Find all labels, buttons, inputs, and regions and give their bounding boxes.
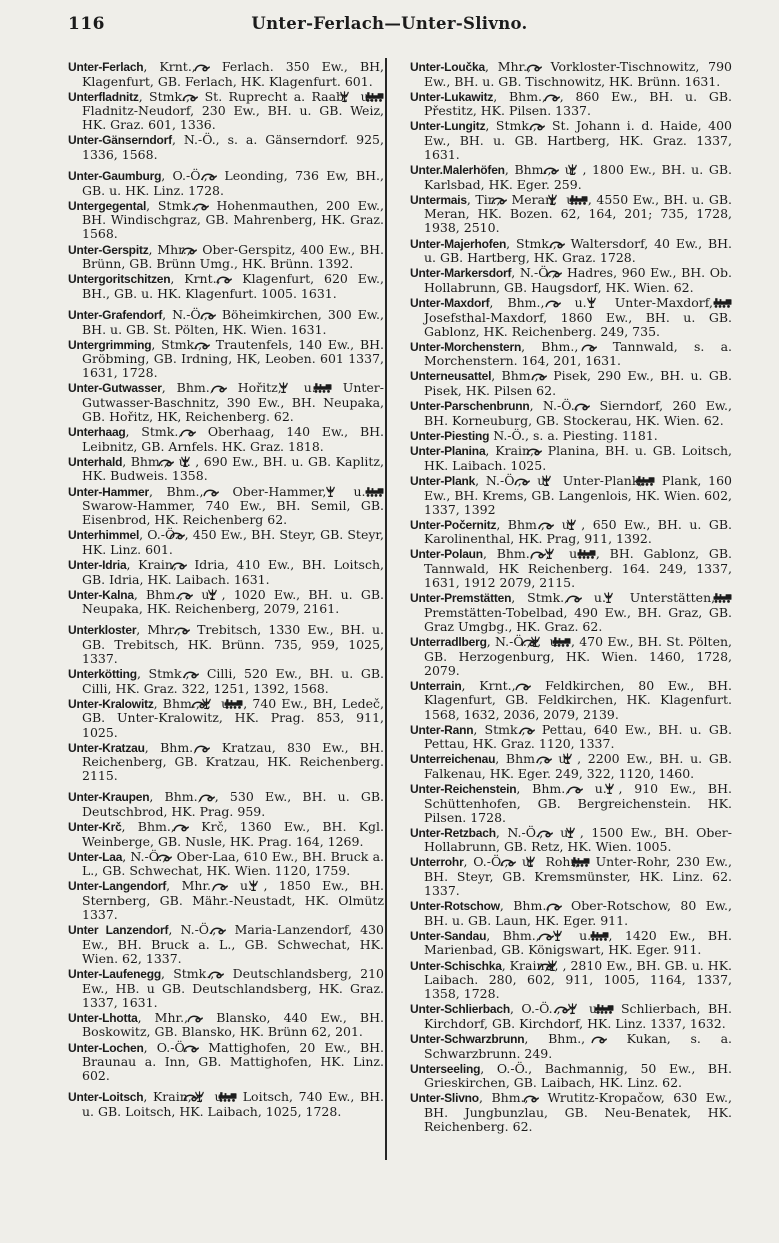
post-horn-icon — [529, 679, 531, 693]
page-header: 116 Unter-Ferlach—Unter-Slivno. — [0, 0, 779, 60]
directory-entry: Unter-Grafendorf, N.-Ö., Böheimkirchen, … — [68, 308, 384, 337]
directory-entry: Unter-Gerspitz, Mhr., Ober-Gerspitz, 400… — [68, 243, 384, 272]
directory-entry: Unter-Kalna, Bhm., u. , 1020 Ew., BH. u.… — [68, 588, 384, 617]
directory-entry: Unter-Polaun, Bhm., , u. , BH. Gablonz, … — [410, 547, 732, 590]
entry-headword: Unter-Rann — [410, 723, 473, 737]
railway-icon — [583, 193, 588, 207]
post-horn-icon — [545, 369, 547, 383]
directory-entry: Unter-Majerhofen, Stmk., Waltersdorf, 40… — [410, 237, 732, 266]
directory-entry: Unter-Parschenbrunn, N.-Ö., Sierndorf, 2… — [410, 399, 732, 428]
post-horn-icon — [540, 60, 542, 74]
post-horn-icon — [505, 193, 507, 207]
post-horn-icon — [185, 558, 187, 572]
post-horn-icon — [588, 399, 590, 413]
post-horn-icon — [188, 623, 190, 637]
entry-headword: Unter-Kraupen — [68, 790, 149, 804]
entry-headword: Unter-Gutwasser — [68, 381, 162, 395]
railway-icon — [604, 929, 609, 943]
entry-headword: Unter-Gänserndorf — [68, 133, 172, 147]
entry-headword: Unter-Majerhofen — [410, 237, 506, 251]
directory-entry: Unter-Lochen, O.-Ö. Mattighofen, 20 Ew.,… — [68, 1041, 384, 1084]
directory-entry: Unter-Plank, N.-Ö., u. Unter-Plank, Plan… — [410, 474, 732, 517]
entry-headword: Unterneusattel — [410, 369, 491, 383]
post-horn-icon — [224, 923, 226, 937]
post-horn-icon — [214, 308, 216, 322]
entry-headword: Unterkötting — [68, 667, 137, 681]
directory-entry: Unter-Retzbach, N.-Ö., u. , 1500 Ew., BH… — [410, 826, 732, 855]
railway-icon — [566, 635, 571, 649]
entry-headword: Unter-Parschenbrunn — [410, 399, 530, 413]
entry-headword: Unter-Piesting — [410, 429, 489, 443]
page-number: 116 — [68, 14, 105, 34]
post-horn-icon — [187, 820, 189, 834]
post-horn-icon — [197, 667, 199, 681]
post-horn-icon — [217, 485, 219, 499]
directory-entry: Unter-Planina, Krain, Planina, BH. u. GB… — [410, 444, 732, 473]
entry-headword: Unter-Lochen — [68, 1041, 144, 1055]
directory-entry: Unter-Hammer, Bhm., Ober-Hammer, u. Swar… — [68, 485, 384, 528]
directory-entry: Unterrain, Krnt., Feldkirchen, 80 Ew., B… — [410, 679, 732, 722]
post-horn-icon — [533, 723, 535, 737]
directory-entry: Unter-Schischka, Krain, , , 2810 Ew., BH… — [410, 959, 732, 1002]
entry-headword: Unter-Ferlach — [68, 60, 143, 74]
entry-headword: Unterhimmel — [68, 528, 139, 542]
directory-entry: Unter-Reichenstein, Bhm., u. , 910 Ew., … — [410, 782, 732, 825]
entry-headword: Unter-Schwarzbrunn — [410, 1032, 524, 1046]
directory-entry: Unterhald, Bhm., u. , 690 Ew., BH. u. GB… — [68, 455, 384, 484]
post-horn-icon — [581, 782, 583, 796]
directory-entry: Unterhimmel, O.-Ö. , 450 Ew., BH. Steyr,… — [68, 528, 384, 557]
entry-headword: Unterfladnitz — [68, 90, 139, 104]
post-horn-icon — [208, 60, 210, 74]
directory-entry: Unter-Krč, Bhm., Krč, 1360 Ew., BH. Kgl.… — [68, 820, 384, 849]
directory-entry: Unter-Schlierbach, O.-Ö.., , u. Schlierb… — [410, 1002, 732, 1031]
post-horn-icon — [230, 272, 232, 286]
directory-entry: Unter-Langendorf, Mhr., u. , 1850 Ew., B… — [68, 879, 384, 922]
entry-headword: Unter-Retzbach — [410, 826, 496, 840]
directory-entry: Unterfladnitz, Stmk., St. Ruprecht a. Ra… — [68, 90, 384, 133]
post-horn-icon — [559, 296, 561, 310]
post-horn-icon — [557, 163, 559, 177]
directory-entry: Unter-Gänserndorf, N.-Ö., s. a. Gänsernd… — [68, 133, 384, 162]
entry-headword: Unter-Gaumburg — [68, 169, 161, 183]
entry-headword: Unter-Loučka — [410, 60, 485, 74]
directory-entry: Unter-Rann, Stmk., Pettau, 640 Ew., BH. … — [410, 723, 732, 752]
entry-headword: Unter-Hammer — [68, 485, 149, 499]
railway-icon — [650, 474, 655, 488]
column-right: Unter-Loučka, Mhr., Vorkloster-Tischnowi… — [410, 60, 732, 1135]
directory-entry: Unter-Markersdorf, N.-Ö., Hadres, 960 Ew… — [410, 266, 732, 295]
entry-headword: Unter-Schlierbach — [410, 1002, 510, 1016]
post-horn-icon — [172, 455, 174, 469]
railway-icon — [591, 547, 596, 561]
directory-entry: Unter Lanzendorf, N.-Ö., Maria-Lanzendor… — [68, 923, 384, 966]
post-horn-icon — [222, 967, 224, 981]
directory-entry: Unterkloster, Mhr., Trebitsch, 1330 Ew.,… — [68, 623, 384, 666]
railway-icon — [232, 1090, 237, 1104]
directory-entry: Unter-Počernitz, Bhm., u. , 650 Ew., BH.… — [410, 518, 732, 547]
post-horn-icon — [543, 119, 545, 133]
railway-icon — [609, 1002, 614, 1016]
post-horn-icon — [207, 199, 209, 213]
post-horn-icon — [560, 899, 562, 913]
entry-headword: Unterrain — [410, 679, 462, 693]
entry-headword: Unter-Loitsch — [68, 1090, 143, 1104]
directory-entry: Unter-Idria, Krain, Idria, 410 Ew., BH. … — [68, 558, 384, 587]
directory-entry: Untermais, Tir., Meran, u. , 4550 Ew., B… — [410, 193, 732, 236]
post-horn-icon — [183, 528, 185, 542]
page-title: Unter-Ferlach—Unter-Slivno. — [0, 14, 779, 33]
directory-entry: Unter-Kratzau, Bhm., Kratzau, 830 Ew., B… — [68, 741, 384, 784]
post-horn-icon — [196, 90, 198, 104]
post-horn-icon — [540, 444, 542, 458]
directory-entry: Unterreichenau, Bhm., u. , 2200 Ew., BH.… — [410, 752, 732, 781]
post-horn-icon — [551, 826, 553, 840]
directory-entry: Unter-Laa, N.-Ö., Ober-Laa, 610 Ew., BH.… — [68, 850, 384, 879]
entry-headword: Unter-Grafendorf — [68, 308, 162, 322]
entry-headword: Unter-Lukawitz — [410, 90, 493, 104]
post-horn-icon — [560, 266, 562, 280]
directory-entry: Unter-Schwarzbrunn, Bhm., Kukan, s. a. S… — [410, 1032, 732, 1061]
entry-headword: Unterseeling — [410, 1062, 480, 1076]
directory-entry: Untergegental, Stmk., Hohenmauthen, 200 … — [68, 199, 384, 242]
railway-icon — [727, 296, 732, 310]
railway-icon — [585, 855, 590, 869]
directory-entry: Unter-Loučka, Mhr., Vorkloster-Tischnowi… — [410, 60, 732, 89]
entry-headword: Unter-Sandau — [410, 929, 486, 943]
entry-headword: Unter-Kratzau — [68, 741, 145, 755]
entry-headword: Unterhald — [68, 455, 122, 469]
post-horn-icon — [514, 855, 516, 869]
post-horn-icon — [580, 591, 582, 605]
entry-headword: Unter-Morchenstern — [410, 340, 521, 354]
post-horn-icon — [195, 243, 197, 257]
post-horn-icon — [208, 741, 210, 755]
entry-headword: Unter-Gerspitz — [68, 243, 149, 257]
post-horn-icon — [170, 850, 172, 864]
post-horn-icon — [595, 340, 597, 354]
entry-headword: Unter-Kalna — [68, 588, 134, 602]
post-horn-icon — [197, 1041, 199, 1055]
directory-entry: Unter-Gutwasser, Bhm., Hořitz, u. Unter-… — [68, 381, 384, 424]
entry-headword: Unter-Krč — [68, 820, 122, 834]
directory-entry: Unterradlberg, N.-Ö., , u. , 470 Ew., BH… — [410, 635, 732, 678]
column-left: Unter-Ferlach, Krnt., Ferlach. 350 Ew., … — [68, 60, 384, 1135]
entry-headword: Unter Lanzendorf — [68, 923, 168, 937]
entry-headword: Unterrohr — [410, 855, 464, 869]
directory-entry: Unterhaag, Stmk., Oberhaag, 140 Ew., BH.… — [68, 425, 384, 454]
entry-headword: Unter-Markersdorf — [410, 266, 511, 280]
railway-icon — [379, 90, 384, 104]
directory-entry: Unter-Lhotta, Mhr., Blansko, 440 Ew., BH… — [68, 1011, 384, 1040]
entry-headword: Unterreichenau — [410, 752, 495, 766]
railway-icon — [327, 381, 332, 395]
directory-entry: Unterneusattel, Bhm., Pisek, 290 Ew., BH… — [410, 369, 732, 398]
post-horn-icon — [215, 169, 217, 183]
directory-columns: Unter-Ferlach, Krnt., Ferlach. 350 Ew., … — [68, 60, 732, 1135]
entry-headword: Unter-Reichenstein — [410, 782, 516, 796]
directory-entry: Unter-Laufenegg, Stmk., Deutschlandsberg… — [68, 967, 384, 1010]
entry-headword: Untergoritschitzen — [68, 272, 170, 286]
entry-headword: Unter-Premstätten — [410, 591, 511, 605]
entry-headword: Untermais — [410, 193, 467, 207]
post-horn-icon — [208, 338, 210, 352]
railway-icon — [238, 697, 243, 711]
entry-headword: Untergegental — [68, 199, 146, 213]
directory-entry: Unter-Premstätten, Stmk., u. Unterstätte… — [410, 591, 732, 634]
railway-icon — [379, 485, 384, 499]
entry-headword: Unter-Lhotta — [68, 1011, 138, 1025]
directory-entry: Unterkötting, Stmk., Cilli, 520 Ew., BH.… — [68, 667, 384, 696]
entry-headword: Unter.Malerhöfen — [410, 163, 505, 177]
post-horn-icon — [201, 1011, 203, 1025]
directory-entry: Unter-Ferlach, Krnt., Ferlach. 350 Ew., … — [68, 60, 384, 89]
entry-headword: Unter-Kralowitz — [68, 697, 154, 711]
entry-headword: Unter-Langendorf — [68, 879, 166, 893]
directory-entry: Unter-Lungitz, Stmk., St. Johann i. d. H… — [410, 119, 732, 162]
directory-entry: Unter-Morchenstern, Bhm., Tannwald, s. a… — [410, 340, 732, 369]
entry-headword: Unter-Slivno — [410, 1091, 479, 1105]
post-horn-icon — [537, 1091, 539, 1105]
directory-entry: Unter-Maxdorf, Bhm., u. Unter-Maxdorf, J… — [410, 296, 732, 339]
entry-headword: Unter-Laufenegg — [68, 967, 161, 981]
post-horn-icon — [550, 752, 552, 766]
entry-headword: Unterhaag — [68, 425, 126, 439]
entry-headword: Unter-Počernitz — [410, 518, 496, 532]
entry-headword: Unter-Laa — [68, 850, 122, 864]
post-horn-icon — [213, 790, 215, 804]
directory-entry: Unter-Kraupen, Bhm., , 530 Ew., BH. u. G… — [68, 790, 384, 819]
entry-headword: Unter-Lungitz — [410, 119, 485, 133]
post-horn-icon — [194, 425, 196, 439]
entry-headword: Unter-Plank — [410, 474, 475, 488]
post-horn-icon — [558, 90, 560, 104]
entry-headword: Unterkloster — [68, 623, 136, 637]
directory-entry: Unter-Sandau, Bhm., u. , 1420 Ew., BH. M… — [410, 929, 732, 958]
directory-entry: Unter-Slivno, Bhm., Wrutitz-Kropačow, 63… — [410, 1091, 732, 1134]
post-horn-icon — [225, 381, 227, 395]
entry-headword: Untergrimming — [68, 338, 151, 352]
directory-entry: Unter-Loitsch, Krain, , u. Loitsch, 740 … — [68, 1090, 384, 1119]
entry-headword: Unter-Rotschow — [410, 899, 500, 913]
entry-headword: Unterradlberg — [410, 635, 487, 649]
post-horn-icon — [528, 474, 530, 488]
entry-headword: Unter-Maxdorf — [410, 296, 489, 310]
directory-entry: Unter-Gaumburg, O.-Ö., Leonding, 736 Ew,… — [68, 169, 384, 198]
post-horn-icon — [191, 588, 193, 602]
entry-headword: Unter-Idria — [68, 558, 126, 572]
directory-entry: Untergrimming, Stmk., Trautenfels, 140 E… — [68, 338, 384, 381]
directory-entry: Untergoritschitzen, Krnt., Klagenfurt, 6… — [68, 272, 384, 301]
directory-entry: Unterseeling, O.-Ö., Bachmannig, 50 Ew.,… — [410, 1062, 732, 1091]
post-horn-icon — [605, 1032, 607, 1046]
entry-headword: Unter-Polaun — [410, 547, 483, 561]
directory-entry: Unter.Malerhöfen, Bhm., u. , 1800 Ew., B… — [410, 163, 732, 192]
post-horn-icon — [226, 879, 228, 893]
railway-icon — [727, 591, 732, 605]
directory-entry: Unter-Lukawitz, Bhm., , 860 Ew., BH. u. … — [410, 90, 732, 119]
directory-entry: Unter-Rotschow, Bhm., Ober-Rotschow, 80 … — [410, 899, 732, 928]
directory-entry: Unter-Piesting N.-Ö., s. a. Piesting. 11… — [410, 429, 732, 444]
directory-entry: Unter-Kralowitz, Bhm., , u. , 740 Ew., B… — [68, 697, 384, 740]
directory-entry: Unterrohr, O.-Ö., u. Rohr, Unter-Rohr, 2… — [410, 855, 732, 898]
entry-headword: Unter-Schischka — [410, 959, 502, 973]
post-horn-icon — [552, 518, 554, 532]
entry-headword: Unter-Planina — [410, 444, 485, 458]
post-horn-icon — [563, 237, 565, 251]
